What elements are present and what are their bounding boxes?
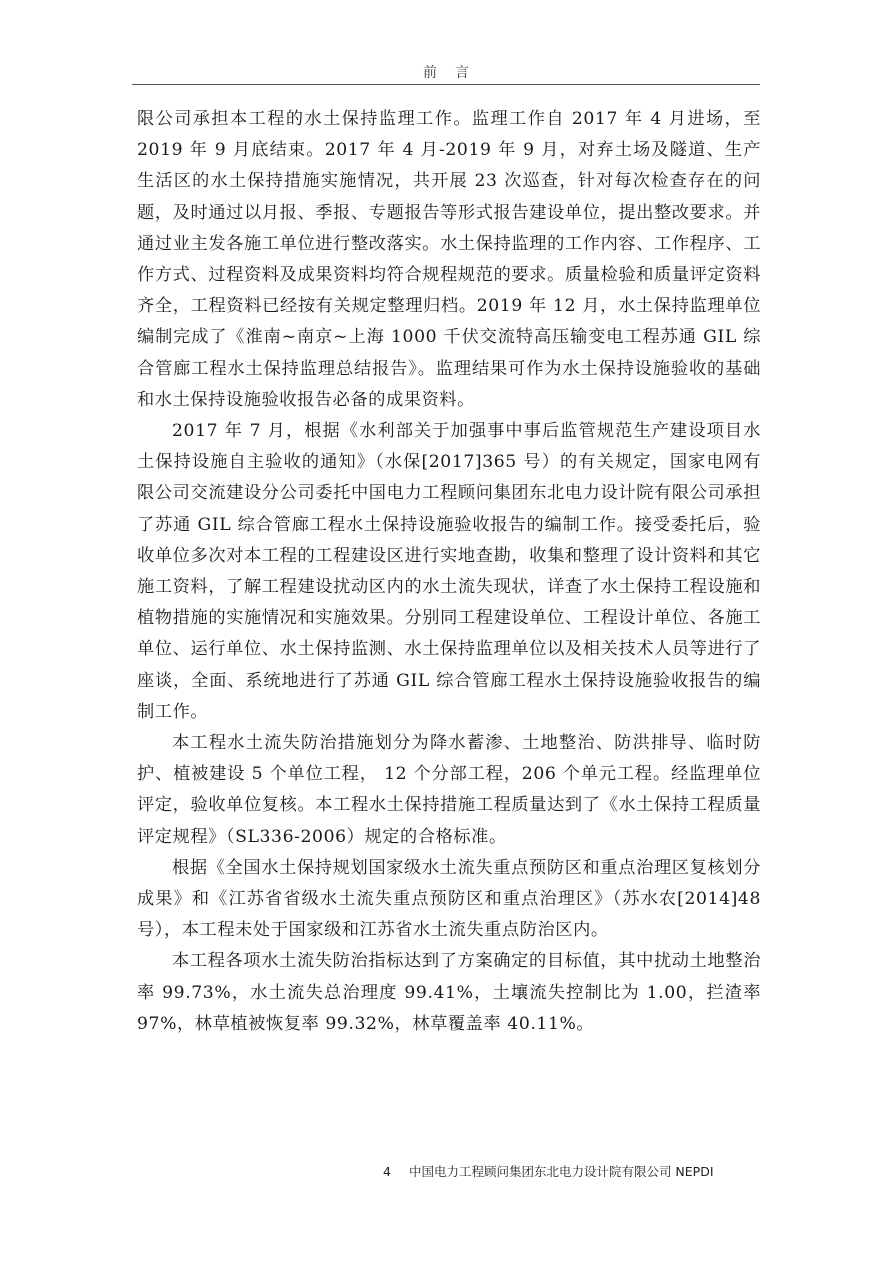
paragraph: 根据《全国水土保持规划国家级水土流失重点预防区和重点治理区复核划分成果》和《江苏…: [137, 853, 761, 947]
page-footer: 4 中国电力工程顾问集团东北电力设计院有限公司 NEPDI: [383, 1162, 763, 1180]
paragraph: 本工程各项水土流失防治指标达到了方案确定的目标值，其中扰动土地整治率 99.73…: [137, 946, 761, 1040]
footer-organization: 中国电力工程顾问集团东北电力设计院有限公司 NEPDI: [409, 1162, 714, 1180]
paragraph: 本工程水土流失防治措施划分为降水蓄渗、土地整治、防洪排导、临时防护、植被建设 5…: [137, 728, 761, 853]
document-body: 限公司承担本工程的水土保持监理工作。监理工作自 2017 年 4 月进场，至 2…: [137, 104, 761, 1040]
paragraph: 2017 年 7 月，根据《水利部关于加强事中事后监管规范生产建设项目水土保持设…: [137, 416, 761, 728]
header-title: 前言: [405, 65, 487, 81]
paragraph: 限公司承担本工程的水土保持监理工作。监理工作自 2017 年 4 月进场，至 2…: [137, 104, 761, 416]
page-number: 4: [383, 1164, 391, 1179]
page-header: 前言: [132, 62, 760, 85]
